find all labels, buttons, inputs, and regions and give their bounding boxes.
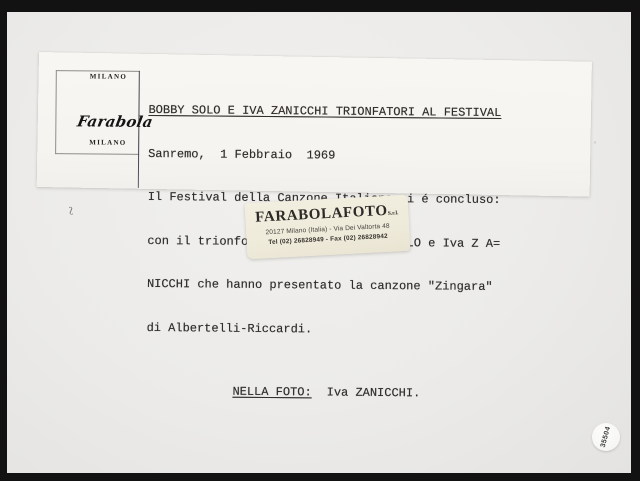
stamp-city-top: MILANO [90,72,127,80]
stamp-city-bottom: MILANO [89,138,126,146]
nella-foto-line: NELLA FOTO:Iva ZANICCHI. [146,369,499,416]
photo-back: MILANO Farabola MILANO BOBBY SOLO E IVA … [7,12,631,473]
speck-mark: ’ [594,140,596,150]
archive-number-sticker: 35504 [592,423,620,451]
caption-strip: MILANO Farabola MILANO BOBBY SOLO E IVA … [37,52,592,197]
nella-foto-label: NELLA FOTO: [232,384,311,399]
scanned-photo-frame: MILANO Farabola MILANO BOBBY SOLO E IVA … [0,0,640,481]
typed-caption: BOBBY SOLO E IVA ZANICCHI TRIONFATORI AL… [146,74,502,445]
caption-body-line: di Albertelli-Riccardi. [147,320,500,338]
farabola-logo: Farabola [76,112,155,131]
nella-foto-value: Iva ZANICCHI. [327,385,421,400]
caption-dateline: Sanremo, 1 Febbraio 1969 [148,146,501,164]
archive-number: 35504 [600,426,612,449]
agency-label-sticker: FARABOLAFOTOS.r.l. 20127 Milano (Italia)… [245,195,411,259]
agency-suffix: S.r.l. [388,210,399,217]
caption-strip-content: MILANO Farabola MILANO BOBBY SOLO E IVA … [38,52,592,192]
caption-title: BOBBY SOLO E IVA ZANICCHI TRIONFATORI AL… [148,103,501,121]
pen-mark: ʅ [68,204,74,216]
caption-body-line: NICCHI che hanno presentato la canzone "… [147,277,500,295]
